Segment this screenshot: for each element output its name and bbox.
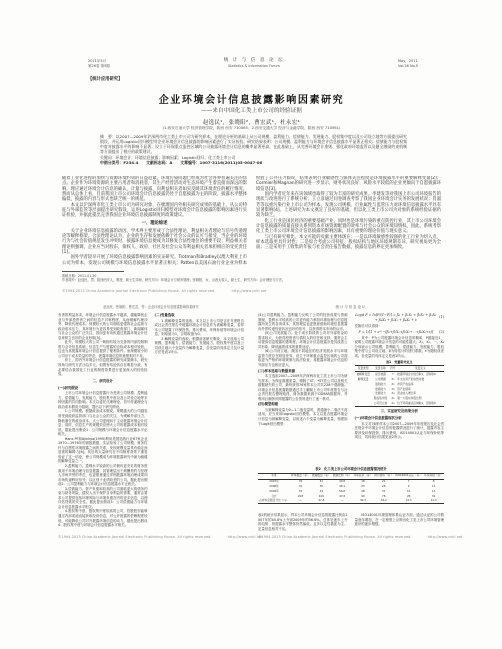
table-cell: 47.8 (311, 499, 332, 504)
formula-number: (1) (439, 315, 444, 320)
article-subtitle: ——来自中国化工类上市公司的经验证据 (58, 106, 445, 114)
paragraph: 本文以沪深两市化工类上市公司为研究对象，在梳理国内外相关研究成果的基础上，从公司… (62, 203, 247, 219)
paragraph: 本文对76家样本公司2007—2009年年度报告及社会责任报告中环境会计信息的披… (355, 422, 445, 440)
abstract-block: 摘 要：以2007—2009年沪深两市化工类上市公司为研究样本，在理论分析的基础… (100, 134, 407, 165)
paragraph: (6)公司设立地。我国不同地区的经济发展水平与环境监管力度存在明显差异，设立于环… (258, 349, 348, 367)
paragraph: 化工行业是国民经济的重要基础产业，同时也是环境污染的重点防控行业，其上市公司环境… (256, 219, 441, 235)
data-table: 变量类型变量名称符号变量定义被解释变量是否披露Y披露环境会计信息取1，否则取0解… (355, 365, 445, 406)
formula: Logit P = ln[P/(1−P)] = β₀ + β₁X₁ + β₂X₂… (355, 313, 445, 322)
sub-heading: (一)环境会计信息披露现状分析 (355, 416, 445, 421)
table2-caption: 表2 化工类上市公司环境会计信息披露情况统计 (258, 466, 444, 471)
table-cell (355, 401, 372, 406)
scanned-journal-page: { "masthead": { "left1": "2011年5月", "lef… (0, 0, 502, 649)
table-cell: 占样本总数百分比（％） (258, 499, 290, 504)
paragraph: 表2的统计结果显示，样本公司环境会计信息的披露比例由2007年的40.8%上升到… (258, 513, 348, 531)
masthead-vol-en: Vol.26 No.5 (398, 64, 418, 69)
article-title: 企业环境会计信息披露影响因素研究 (58, 91, 445, 106)
sub-heading: (二)变量选取 (155, 313, 245, 318)
paragraph: Hans PF和Ajinkya(1995)利用美国造纸行业67家企业1970—1… (58, 437, 148, 464)
abstract-text: 摘 要：以2007—2009年沪深两市化工类上市公司为研究样本，在理论分析的基础… (100, 134, 407, 154)
running-head-page2: 赵选民，张晓阳，曹宏武，等：企业环境会计信息披露影响因素研究 (58, 304, 244, 309)
paragraph: 综上，国内外环境会计信息披露的研究成果颇丰，研究视角与研究方法日趋多元，但既有结… (58, 358, 148, 376)
page3-body-columns: (4)公司盈利能力。盈利能力反映了公司的经营成果与资源禀赋，盈利水平较高的公司更… (258, 313, 444, 464)
paragraph: 3.偿债能力。资产负债率较高的公司面临更大的债务约束与财务风险，债权人出于保护自… (58, 487, 148, 510)
cnki-copyright-text: ©1994-2013 China Academic Journal Electr… (258, 535, 412, 539)
paragraph: 其中：P为公司披露环境会计信息的概率，P越接近1，说明公司披露环境会计信息的可能… (355, 336, 445, 359)
journal-name-cn: 统 计 与 信 息 论 坛 (224, 59, 284, 64)
table-cell: — (332, 499, 353, 504)
table-cell: 12.3 (394, 499, 423, 504)
footnote-rule (62, 271, 124, 272)
paragraph: 与已有研究相比，本文可能的贡献主要体现在：一是以环境敏感性较强的化工行业为切入点… (256, 235, 441, 251)
page2-body-columns: 有者的利益诉求，环境会计信息披露水平越高，越能降低企业与外部投资者之间的信息不对… (58, 313, 244, 532)
paragraph: 此外，规模较大的公司一般拥有较为完善的内部控制制度与会计信息系统，信息生产与披露… (58, 340, 148, 358)
paragraph: 1.被解释变量的选取。本文以上市公司是否在年度报告或社会责任报告中披露环境会计信… (155, 319, 245, 337)
page1-body-columns: 随着工业化进程的加快与资源环境约束的日益趋紧，环境污染问题已经成为社会各界普遍关… (62, 176, 441, 269)
sub-heading: (三)样本选取与数据来源 (258, 369, 348, 374)
paragraph: 关于企业环境信息披露的动因，学术界主要形成了合法性理论、利益相关者理论与信号传递… (62, 229, 247, 256)
table-cell: 34.2 (373, 499, 394, 504)
cnki-url: http://www.cnki.net (428, 535, 463, 539)
cnki-watermark-page2: ©1994-2013 China Academic Journal Electr… (58, 535, 263, 539)
table-cell: 公司设立地 (372, 401, 389, 406)
paragraph: 随着工业化进程的加快与资源环境约束的日益趋紧，环境污染问题已经成为社会各界普遍关… (62, 176, 247, 203)
journal-name-en: Statistics & Information Forum (224, 64, 284, 69)
table-cell: 14.0 (423, 499, 444, 504)
sub-heading: (一)研究假设 (58, 386, 148, 391)
table-cell: 位于环保重点区域取1，否则取0 (397, 401, 444, 406)
paragraph: 国内学者近年来在该领域也取得了较为丰富的研究成果。李建发等对我国上市公司环境报告… (256, 192, 441, 219)
paragraph: 当被解释变量为0—1二值变量时，普通最小二乘法不再适用，应当采用Logistic… (258, 408, 348, 426)
masthead-journal-name: 统 计 与 信 息 论 坛 Statistics & Information F… (224, 59, 284, 68)
table-cell: — (290, 499, 311, 504)
paragraph: 1.公司规模。根据政治成本假说，规模越大的公司越容易受到政府监管部门与社会公众的… (58, 409, 148, 436)
section-heading: 一、理论综述 (62, 221, 247, 226)
table-row: 公司设立地X₆位于环保重点区域取1，否则取0 (355, 401, 445, 406)
cnki-copyright-text: ©1994-2013 China Academic Journal Electr… (62, 289, 216, 293)
section-heading: 三、实证研究及结果分析 (355, 409, 445, 414)
masthead-issue-info: May，2011 Vol.26 No.5 (398, 59, 418, 68)
table-cell: 30.3 (353, 499, 374, 504)
sub-heading: (四)模型构建 (258, 402, 348, 407)
formula: P = 1/[1 + e^−(β₀+β₁X₁+β₂X₂+⋯+β₆X₆+ε)](2… (355, 330, 445, 335)
table-row: 占样本总数百分比（％）—47.8—30.334.212.314.0 (258, 499, 444, 504)
cnki-copyright-text: ©1994-2013 China Academic Journal Electr… (58, 535, 212, 539)
data-table: 年度样本数量（家）披露数量（家）披露比例（％）环保投资（家）排污费用（家）ISO… (258, 473, 444, 505)
author-line: 赵选民¹，张晓阳²，曹宏武¹，杜永宏¹ (58, 118, 445, 126)
paragraph: (4)公司盈利能力。盈利能力反映了公司的经营成果与资源禀赋，盈利水平较高的公司更… (258, 313, 348, 331)
paragraph: 变换后可以得到： (355, 324, 445, 329)
paragraph: ISO14001环境管理体系认证方面，通过认证的公司数量逐年增加，在一定程度上反… (355, 513, 445, 527)
paragraph: 有者的利益诉求，环境会计信息披露水平越高，越能降低企业与外部投资者之间的信息不对… (58, 313, 148, 340)
paragraph: 4.股权集中度。股权集中度较高的公司，控股股东能够通过内部渠道直接获取经营信息，… (58, 509, 148, 527)
table2-container: 年度样本数量（家）披露数量（家）披露比例（％）环保投资（家）排污费用（家）ISO… (258, 472, 444, 506)
masthead-volume: 第26卷 第5期 (88, 64, 110, 69)
running-head-page3: 统计与信息论坛 (258, 304, 444, 309)
paragraph: 2.盈利能力。盈利水平较高的公司拥有更充足的财务资源用于环境治理与信息披露，其管… (58, 464, 148, 487)
cnki-watermark-page3: ©1994-2013 China Academic Journal Electr… (258, 535, 463, 539)
section-heading: 二、研究设计 (58, 379, 148, 384)
paragraph: 本文选取2007—2009年沪深两市化工类上市公司为研究样本。为保证数据质量，剔… (258, 374, 348, 401)
cnki-url: http://www.cnki.net (232, 289, 267, 293)
table-caption: 表1 变量相关定义 (355, 360, 445, 365)
column-category-tag: 【统计应用研究】 (88, 76, 122, 82)
paragraph: 上市公司环境会计信息披露行为受到公司规模、盈利能力、偿债能力、发展能力、股权集中… (58, 391, 148, 409)
footnote-block: 收稿日期：2011-01-20 作者简介：赵选民，男，陕西西安人，教授，硕士生导… (62, 274, 441, 282)
classification-line: 中图分类号：F234.4 文献标志码：A 文章编号：1007-3116(2011… (100, 160, 407, 165)
paragraph: (5)公司发展能力。处于成长阶段的公司对外部资金的需求较大，为获得投资者与债权人… (258, 331, 348, 349)
page3-below-table-columns: 表2的统计结果显示，样本公司环境会计信息的披露比例由2007年的40.8%上升到… (258, 513, 444, 534)
formula-body: P = 1/[1 + e^−(β₀+β₁X₁+β₂X₂+⋯+β₆X₆+ε)] (355, 330, 438, 335)
formula-body: Logit P = ln[P/(1−P)] = β₀ + β₁X₁ + β₂X₂… (355, 313, 438, 322)
masthead-date-volume: 2011年5月 第26卷 第5期 (88, 59, 110, 68)
paragraph: 2.解释变量的选取。根据前述研究假设，本文选取公司规模、盈利能力、偿债能力、发展… (155, 337, 245, 355)
journal-masthead: 2011年5月 第26卷 第5期 统 计 与 信 息 论 坛 Statistic… (88, 59, 418, 68)
keywords-line: 关键词：环境会计；环境信息披露；影响因素；Logistic回归；化工类上市公司 (100, 155, 407, 160)
cnki-watermark-page1: ©1994-2013 China Academic Journal Electr… (62, 289, 267, 293)
formula-number: (2) (439, 330, 444, 335)
table-cell: X₆ (389, 401, 397, 406)
affiliation-line: (1.西安石油大学 经济管理学院，陕西 西安 710065；2.西安交通大学 经… (58, 126, 445, 131)
masthead-month-en: May，2011 (398, 59, 418, 64)
author-bio-note: 作者简介：赵选民，男，陕西西安人，教授，硕士生导师，研究方向：环境会计与财务管理… (62, 278, 441, 282)
